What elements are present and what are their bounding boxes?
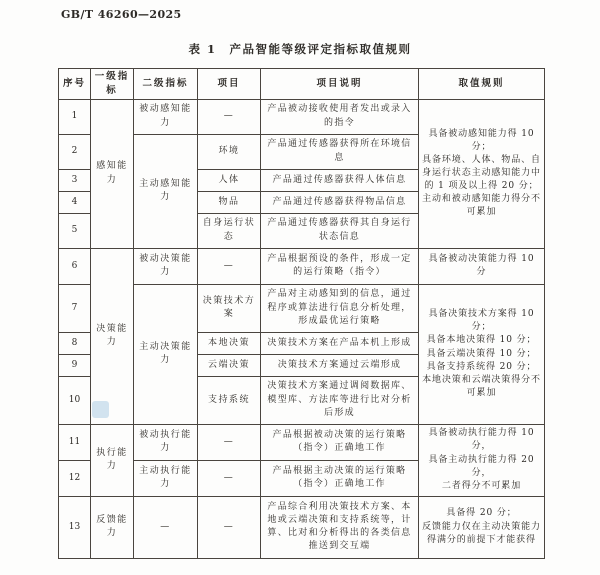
level2-passive-perception: 被动感知能力 [134, 99, 198, 134]
item-cell: 本地决策 [198, 332, 261, 354]
rule-line: 本地决策和云端决策得分不可累加 [422, 374, 541, 400]
col-header-no: 序号 [59, 69, 91, 100]
table-row: 11 执行能力 被动执行能力 — 产品根据被动决策的运行策略（指令）正确地工作 … [59, 424, 545, 460]
desc-cell: 产品根据预设的条件，形成一定的运行策略（指令） [261, 248, 419, 284]
item-cell: — [198, 99, 261, 134]
row-no: 9 [59, 354, 91, 376]
col-header-rule: 取值规则 [419, 69, 545, 100]
rule-line: 具备决策技术方案得 10 分； [422, 308, 541, 334]
watermark-blob [92, 401, 109, 418]
rule-line: 具备被动感知能力得 10 分； [422, 128, 541, 154]
level2-active-execution: 主动执行能力 [134, 460, 198, 496]
rule-line: 具备云端决策得 10 分； [422, 348, 541, 361]
col-header-level2: 二级指标 [134, 69, 198, 100]
rule-cell-execution: 具备被动执行能力得 10 分， 具备主动执行能力得 20 分， 二者得分不可累加 [419, 424, 545, 496]
level1-execution: 执行能力 [91, 424, 134, 496]
level2-feedback: — [134, 496, 198, 558]
desc-cell: 决策技术方案通过调阅数据库、模型库、方法库等进行比对分析后形成 [261, 376, 419, 424]
desc-cell: 决策技术方案通过云端形成 [261, 354, 419, 376]
desc-cell: 产品被动接收使用者发出或录入的指令 [261, 99, 419, 134]
level2-active-perception: 主动感知能力 [134, 134, 198, 248]
table-row: 13 反馈能力 — — 产品综合利用决策技术方案、本地或云端决策和支持系统等，计… [59, 496, 545, 558]
row-no: 2 [59, 134, 91, 169]
level2-passive-decision: 被动决策能力 [134, 248, 198, 284]
rule-line: 主动和被动感知能力得分不可累加 [422, 193, 541, 219]
row-no: 8 [59, 332, 91, 354]
table-title: 表 1 产品智能等级评定指标取值规则 [0, 41, 600, 57]
row-no: 6 [59, 248, 91, 284]
item-cell: 人体 [198, 169, 261, 191]
row-no: 11 [59, 424, 91, 460]
level1-feedback: 反馈能力 [91, 496, 134, 558]
item-cell: 环境 [198, 134, 261, 169]
row-no: 13 [59, 496, 91, 558]
rule-line: 具备被动执行能力得 10 分， [422, 427, 541, 453]
item-cell: — [198, 424, 261, 460]
rule-line: 具备得 20 分； [422, 507, 541, 520]
item-cell: 物品 [198, 191, 261, 213]
row-no: 12 [59, 460, 91, 496]
item-cell: — [198, 496, 261, 558]
rule-line: 具备被动决策能力得 10 分 [422, 253, 541, 279]
item-cell: — [198, 460, 261, 496]
level1-decision: 决策能力 [91, 248, 134, 424]
rule-line: 具备环境、人体、物品、自身运行状态主动感知能力中的 1 项及以上得 20 分； [422, 154, 541, 193]
rule-cell-perception: 具备被动感知能力得 10 分； 具备环境、人体、物品、自身运行状态主动感知能力中… [419, 99, 545, 248]
header-row: 序号 一级指标 二级指标 项目 项目说明 取值规则 [59, 69, 545, 100]
level2-active-decision: 主动决策能力 [134, 284, 198, 424]
item-cell: 支持系统 [198, 376, 261, 424]
item-cell: — [198, 248, 261, 284]
rule-cell-feedback: 具备得 20 分； 反馈能力仅在主动决策能力得满分的前提下才能获得 [419, 496, 545, 558]
row-no: 10 [59, 376, 91, 424]
table-row: 1 感知能力 被动感知能力 — 产品被动接收使用者发出或录入的指令 具备被动感知… [59, 99, 545, 134]
table-row: 6 决策能力 被动决策能力 — 产品根据预设的条件，形成一定的运行策略（指令） … [59, 248, 545, 284]
doc-number: GB/T 46260—2025 [61, 8, 182, 21]
level2-passive-execution: 被动执行能力 [134, 424, 198, 460]
desc-cell: 产品根据主动决策的运行策略（指令）正确地工作 [261, 460, 419, 496]
row-no: 7 [59, 284, 91, 332]
item-cell: 自身运行状态 [198, 213, 261, 248]
rules-table: 序号 一级指标 二级指标 项目 项目说明 取值规则 1 感知能力 被动感知能力 … [58, 68, 545, 559]
desc-cell: 产品对主动感知到的信息，通过程序或算法进行信息分析处理，形成最优运行策略 [261, 284, 419, 332]
rule-cell-active-decision: 具备决策技术方案得 10 分； 具备本地决策得 10 分； 具备云端决策得 10… [419, 284, 545, 424]
item-cell: 云端决策 [198, 354, 261, 376]
desc-cell: 产品通过传感器获得人体信息 [261, 169, 419, 191]
level1-perception: 感知能力 [91, 99, 134, 248]
row-no: 1 [59, 99, 91, 134]
row-no: 3 [59, 169, 91, 191]
rule-line: 具备本地决策得 10 分； [422, 334, 541, 347]
desc-cell: 产品通过传感器获得其自身运行状态信息 [261, 213, 419, 248]
rule-line: 二者得分不可累加 [422, 480, 541, 493]
item-cell: 决策技术方案 [198, 284, 261, 332]
row-no: 4 [59, 191, 91, 213]
row-no: 5 [59, 213, 91, 248]
desc-cell: 产品综合利用决策技术方案、本地或云端决策和支持系统等，计算、比对和分析得出的各类… [261, 496, 419, 558]
rule-line: 具备主动执行能力得 20 分， [422, 454, 541, 480]
desc-cell: 产品通过传感器获得所在环境信息 [261, 134, 419, 169]
rule-line: 具备支持系统得 20 分； [422, 361, 541, 374]
rule-cell-passive-decision: 具备被动决策能力得 10 分 [419, 248, 545, 284]
document-page: GB/T 46260—2025 表 1 产品智能等级评定指标取值规则 序号 一级… [0, 0, 600, 575]
desc-cell: 决策技术方案在产品本机上形成 [261, 332, 419, 354]
desc-cell: 产品根据被动决策的运行策略（指令）正确地工作 [261, 424, 419, 460]
col-header-level1: 一级指标 [91, 69, 134, 100]
col-header-desc: 项目说明 [261, 69, 419, 100]
desc-cell: 产品通过传感器获得物品信息 [261, 191, 419, 213]
rule-line: 反馈能力仅在主动决策能力得满分的前提下才能获得 [422, 521, 541, 547]
col-header-item: 项目 [198, 69, 261, 100]
